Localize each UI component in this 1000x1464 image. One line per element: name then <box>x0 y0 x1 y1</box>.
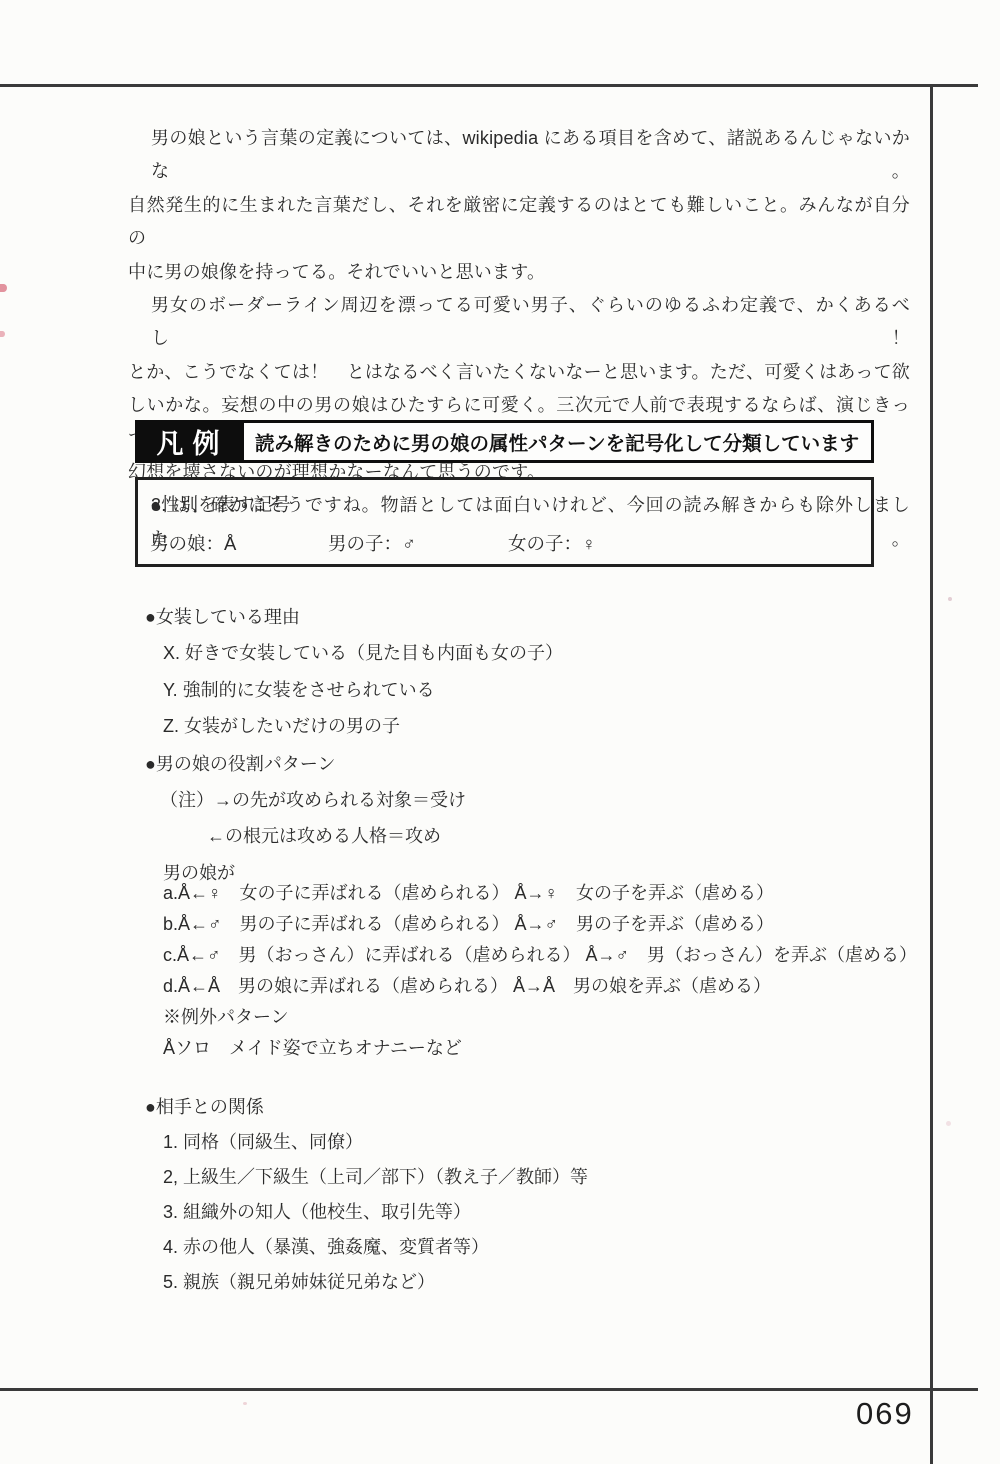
scan-artifact <box>0 331 5 337</box>
list-item: c.Å←♂ 男（おっさん）に弄ばれる（虐められる） Å→♂ 男（おっさん）を弄ぶ… <box>0 940 1000 971</box>
symbol-item-boy: 男の子：♂ <box>328 530 416 556</box>
intro-line: 男の娘という言葉の定義については、wikipedia にある項目を含めて、諸説あ… <box>128 122 910 189</box>
list-item: d.Å←Å 男の娘に弄ばれる（虐められる） Å→Å 男の娘を弄ぶ（虐める） <box>0 971 1000 1002</box>
list-item: 2, 上級生／下級生（上司／部下）（教え子／教師）等 <box>0 1160 1000 1195</box>
intro-line: 男女のボーダーライン周辺を漂ってる可愛い男子、ぐらいのゆるふわ定義で、かくあるべ… <box>128 289 910 356</box>
section-relations: ●相手との関係 1. 同格（同級生、同僚） 2, 上級生／下級生（上司／部下）（… <box>0 1090 1000 1300</box>
list-item: 3. 組織外の知人（他校生、取引先等） <box>0 1195 1000 1230</box>
role-pattern-list: a.Å←♀ 女の子に弄ばれる（虐められる） Å→♀ 女の子を弄ぶ（虐める） b.… <box>0 878 1000 1064</box>
top-frame-rule <box>0 84 978 87</box>
note-line: ←の根元は攻める人格＝攻め <box>0 818 1000 854</box>
scanned-book-page: 男の娘という言葉の定義については、wikipedia にある項目を含めて、諸説あ… <box>0 0 1000 1464</box>
section-heading: ●女装している理由 <box>0 599 1000 635</box>
scan-artifact <box>946 1121 951 1126</box>
intro-line: 中に男の娘像を持ってる。それでいいと思います。 <box>128 256 910 289</box>
symbol-item-girl: 女の子：♀ <box>508 530 596 556</box>
page-number: 069 <box>856 1396 914 1432</box>
list-item: Z. 女装がしたいだけの男の子 <box>0 708 1000 744</box>
legend-label: 凡例 <box>135 420 241 463</box>
section-role-patterns: ●男の娘の役割パターン （注）→の先が攻められる対象＝受け ←の根元は攻める人格… <box>0 746 1000 891</box>
female-symbol: ♀ <box>582 533 596 554</box>
intro-line: とか、こうでなくては！ とはなるべく言いたくないなーと思います。ただ、可愛くはあ… <box>128 356 910 389</box>
list-item: 5. 親族（親兄弟姉妹従兄弟など） <box>0 1265 1000 1300</box>
list-item: 1. 同格（同級生、同僚） <box>0 1125 1000 1160</box>
section-crossdress-reasons: ●女装している理由 X. 好きで女装している（見た目も内面も女の子） Y. 強制… <box>0 599 1000 745</box>
legend-description: 読み解きのために男の娘の属性パターンを記号化して分類しています <box>241 420 874 463</box>
section-heading: ●相手との関係 <box>0 1090 1000 1125</box>
scan-artifact <box>0 284 7 292</box>
list-item: 4. 赤の他人（暴漢、強姦魔、変質者等） <box>0 1230 1000 1265</box>
section-heading: ●男の娘の役割パターン <box>0 746 1000 782</box>
symbol-term: 男の子： <box>328 533 402 554</box>
intro-line: 自然発生的に生まれた言葉だし、それを厳密に定義するのはとても難しいこと。みんなが… <box>128 189 910 256</box>
exception-example: Åソロ メイド姿で立ちオナニーなど <box>0 1033 1000 1064</box>
note-line: （注）→の先が攻められる対象＝受け <box>0 782 1000 818</box>
exception-label: ※例外パターン <box>0 1002 1000 1033</box>
list-item: Y. 強制的に女装をさせられている <box>0 672 1000 708</box>
scan-artifact <box>243 1402 247 1405</box>
list-item: b.Å←♂ 男の子に弄ばれる（虐められる） Å→♂ 男の子を弄ぶ（虐める） <box>0 909 1000 940</box>
symbol-term: 男の娘： <box>150 533 224 554</box>
symbol-term: 女の子： <box>508 533 582 554</box>
list-item: X. 好きで女装している（見た目も内面も女の子） <box>0 635 1000 671</box>
scan-artifact <box>948 597 952 601</box>
symbol-item-otokonoko: 男の娘：Å <box>150 530 236 556</box>
otokonoko-symbol: Å <box>224 533 236 554</box>
bottom-frame-rule <box>0 1388 978 1391</box>
list-item: a.Å←♀ 女の子に弄ばれる（虐められる） Å→♀ 女の子を弄ぶ（虐める） <box>0 878 1000 909</box>
male-symbol: ♂ <box>402 533 416 554</box>
symbol-box: ●性別を表す記号 男の娘：Å 男の子：♂ 女の子：♀ <box>135 477 874 567</box>
symbol-box-title: ●性別を表す記号 <box>150 491 291 517</box>
